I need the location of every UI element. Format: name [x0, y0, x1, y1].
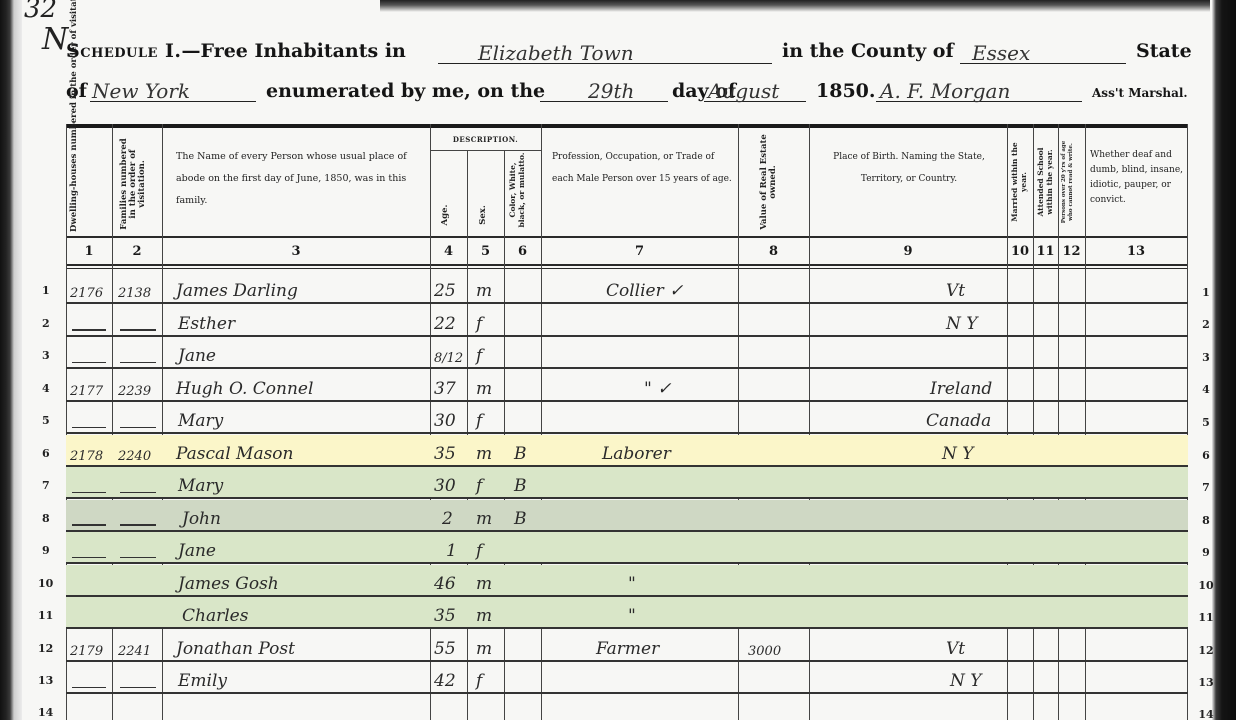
age: 30	[434, 411, 456, 431]
person-name: James Gosh	[178, 574, 279, 594]
sex: m	[476, 379, 492, 399]
person-name: Charles	[182, 606, 248, 626]
line-number-left: 13	[38, 674, 53, 687]
colnum-10: 10	[1007, 244, 1033, 264]
marshal-field: A. F. Morgan	[876, 80, 1082, 102]
colnum-7: 7	[541, 244, 738, 264]
header-col-7: Profession, Occupation, or Trade of each…	[552, 146, 732, 190]
census-table: Dwelling-houses numbered in the order of…	[66, 124, 1188, 720]
occupation: " ✓	[644, 379, 671, 399]
line-number-right: 8	[1196, 514, 1216, 527]
birthplace: Ireland	[930, 379, 992, 399]
line-number-right: 10	[1196, 579, 1216, 592]
line-number-right: 11	[1196, 611, 1216, 624]
color: B	[514, 444, 527, 464]
header-col-5: Sex.	[479, 200, 488, 230]
header-col-9: Place of Birth. Naming the State, Territ…	[822, 146, 996, 190]
birthplace: N Y	[942, 444, 974, 464]
line-number-left: 1	[42, 284, 50, 297]
colnum-3: 3	[162, 244, 430, 264]
birthplace: Vt	[946, 281, 965, 301]
sex: f	[476, 476, 482, 496]
age: 30	[434, 476, 456, 496]
sex: f	[476, 314, 482, 334]
corner-annotation: N	[42, 22, 68, 57]
header-col-4: Age.	[441, 200, 450, 230]
sex: m	[476, 444, 492, 464]
person-name: John	[182, 509, 221, 529]
birthplace: Canada	[926, 411, 991, 431]
person-name: Jane	[178, 541, 216, 561]
header-col-10: Married within the year.	[1010, 134, 1028, 230]
occupation: "	[628, 574, 636, 594]
occupation: Collier ✓	[606, 281, 683, 301]
sex: f	[476, 411, 482, 431]
sex: f	[476, 346, 482, 366]
county-label: in the County of	[782, 40, 954, 62]
real-estate-value: 3000	[748, 644, 781, 659]
birthplace: N Y	[950, 671, 982, 691]
line-number-right: 5	[1196, 416, 1216, 429]
age: 1	[446, 541, 457, 561]
state-value: New York	[92, 79, 190, 103]
schedule-label: Schedule I.	[66, 40, 182, 62]
line-number-left: 3	[42, 349, 50, 362]
header-col-13: Whether deaf and dumb, blind, insane, id…	[1090, 148, 1186, 208]
header-col-2: Families numbered in the order of visita…	[120, 136, 147, 232]
dwelling-number: 2178	[70, 449, 103, 464]
place-field: Elizabeth Town	[438, 42, 772, 64]
table-row[interactable]	[66, 695, 1188, 720]
age: 25	[434, 281, 456, 301]
schedule-title-text: —Free Inhabitants in	[182, 40, 406, 62]
line-number-left: 11	[38, 609, 53, 622]
place-value: Elizabeth Town	[478, 41, 634, 65]
header-col-12: Persons over 20 y'rs of age who cannot r…	[1061, 134, 1075, 230]
ditto-dash	[72, 362, 106, 364]
scan-top-shadow	[380, 0, 1210, 12]
dwelling-number: 2176	[70, 286, 103, 301]
line-number-left: 6	[42, 447, 50, 460]
sex: m	[476, 606, 492, 626]
person-name: Mary	[178, 411, 223, 431]
table-row-highlighted[interactable]: John 2 m B	[66, 500, 1188, 532]
line-number-left: 7	[42, 479, 50, 492]
line-number-right: 1	[1196, 286, 1216, 299]
marshal-value: A. F. Morgan	[880, 79, 1010, 103]
header-col-1: Dwelling-houses numbered in the order of…	[70, 132, 79, 232]
month-field: August	[704, 80, 806, 102]
header-col-8: Value of Real Estate owned.	[760, 134, 778, 230]
sex: m	[476, 639, 492, 659]
ditto-dash	[72, 524, 106, 526]
county-value: Essex	[972, 41, 1030, 65]
person-name: James Darling	[176, 281, 298, 301]
header-col-6: Color, White, black, or mulatto.	[508, 150, 526, 230]
sex: f	[476, 671, 482, 691]
header-bottom-rule	[66, 236, 1188, 238]
line-number-left: 10	[38, 577, 53, 590]
enumerated-label: enumerated by me, on the	[266, 80, 545, 102]
sex: m	[476, 281, 492, 301]
family-number: 2240	[118, 449, 151, 464]
table-row-highlighted[interactable]: 2178 2240 Pascal Mason 35 m B Laborer N …	[66, 435, 1188, 467]
colnum-12: 12	[1058, 244, 1085, 264]
ditto-dash	[120, 687, 156, 689]
line-number-right: 2	[1196, 318, 1216, 331]
marshal-label: Ass't Marshal.	[1092, 86, 1188, 100]
colnum-6: 6	[504, 244, 541, 264]
ditto-dash	[120, 427, 156, 429]
sex: f	[476, 541, 482, 561]
line-number-right: 6	[1196, 449, 1216, 462]
table-row[interactable]: Mary 30 f Canada	[66, 402, 1188, 434]
schedule-title: Schedule I.—Free Inhabitants in	[66, 40, 406, 62]
line-number-left: 9	[42, 544, 50, 557]
corner-page-number: 32	[24, 0, 57, 24]
line-number-left: 8	[42, 512, 50, 525]
table-row-highlighted[interactable]: James Gosh 46 m "	[66, 565, 1188, 597]
person-name: Esther	[178, 314, 235, 334]
line-number-right: 9	[1196, 546, 1216, 559]
ditto-dash	[72, 329, 106, 331]
age: 8/12	[434, 351, 463, 366]
person-name: Mary	[178, 476, 223, 496]
table-row-highlighted[interactable]: Mary 30 f B	[66, 467, 1188, 499]
ditto-dash	[120, 524, 156, 526]
ditto-dash	[120, 557, 156, 559]
colnum-1: 1	[66, 244, 112, 264]
birthplace: N Y	[946, 314, 978, 334]
line-number-right: 13	[1196, 676, 1216, 689]
occupation: Laborer	[602, 444, 671, 464]
colnum-4: 4	[430, 244, 467, 264]
color: B	[514, 509, 527, 529]
year-label: 1850.	[816, 80, 876, 102]
family-number: 2241	[118, 644, 151, 659]
ditto-dash	[120, 492, 156, 494]
table-row[interactable]: 2177 2239 Hugh O. Connel 37 m " ✓ Irelan…	[66, 370, 1188, 402]
line-number-left: 2	[42, 317, 50, 330]
state-label: State	[1136, 40, 1192, 62]
header-description-group: Description.	[430, 132, 541, 148]
sex: m	[476, 509, 492, 529]
state-field: New York	[90, 80, 256, 102]
table-top-rule	[66, 124, 1188, 128]
ditto-dash	[72, 687, 106, 689]
birthplace: Vt	[946, 639, 965, 659]
sex: m	[476, 574, 492, 594]
colnum-5: 5	[467, 244, 504, 264]
county-field: Essex	[960, 42, 1126, 64]
table-row[interactable]: Emily 42 f N Y	[66, 662, 1188, 694]
line-number-right: 4	[1196, 383, 1216, 396]
header-col-11: Attended School within the year.	[1036, 134, 1054, 230]
age: 35	[434, 606, 456, 626]
family-number: 2239	[118, 384, 151, 399]
day-field: 29th	[540, 80, 668, 102]
ditto-dash	[120, 329, 156, 331]
ditto-dash	[72, 557, 106, 559]
line-number-left: 12	[38, 642, 53, 655]
colnum-11: 11	[1033, 244, 1058, 264]
age: 42	[434, 671, 456, 691]
dwelling-number: 2177	[70, 384, 103, 399]
scan-left-edge	[0, 0, 22, 720]
age: 35	[434, 444, 456, 464]
line-number-right: 3	[1196, 351, 1216, 364]
ditto-dash	[72, 492, 106, 494]
colnum-13: 13	[1085, 244, 1187, 264]
header-col-3: The Name of every Person whose usual pla…	[176, 146, 422, 212]
table-row[interactable]: Jane 8/12 f	[66, 337, 1188, 369]
person-name: Pascal Mason	[176, 444, 293, 464]
ditto-dash	[72, 427, 106, 429]
colnum-8: 8	[738, 244, 809, 264]
table-row[interactable]: 2176 2138 James Darling 25 m Collier ✓ V…	[66, 272, 1188, 304]
person-name: Hugh O. Connel	[176, 379, 313, 399]
line-number-left: 4	[42, 382, 50, 395]
month-value: August	[708, 79, 779, 103]
colnum-2: 2	[112, 244, 162, 264]
day-value: 29th	[588, 79, 634, 103]
table-row-highlighted[interactable]: Jane 1 f	[66, 532, 1188, 564]
person-name: Jane	[178, 346, 216, 366]
line-number-right: 7	[1196, 481, 1216, 494]
line-number-right: 14	[1196, 708, 1216, 720]
table-row-highlighted[interactable]: Charles 35 m "	[66, 597, 1188, 629]
line-number-right: 12	[1196, 644, 1216, 657]
age: 2	[442, 509, 453, 529]
age: 22	[434, 314, 456, 334]
line-number-left: 14	[38, 706, 53, 719]
age: 37	[434, 379, 456, 399]
table-row[interactable]: Esther 22 f N Y	[66, 305, 1188, 337]
dwelling-number: 2179	[70, 644, 103, 659]
age: 46	[434, 574, 456, 594]
colnum-9: 9	[809, 244, 1007, 264]
colnum-rule-2	[66, 268, 1188, 269]
person-name: Jonathan Post	[176, 639, 295, 659]
line-number-left: 5	[42, 414, 50, 427]
ditto-dash	[120, 362, 156, 364]
color: B	[514, 476, 527, 496]
occupation: Farmer	[596, 639, 659, 659]
family-number: 2138	[118, 286, 151, 301]
person-name: Emily	[178, 671, 227, 691]
colnum-rule-1	[66, 264, 1188, 266]
age: 55	[434, 639, 456, 659]
occupation: "	[628, 606, 636, 626]
table-row[interactable]: 2179 2241 Jonathan Post 55 m Farmer 3000…	[66, 630, 1188, 662]
